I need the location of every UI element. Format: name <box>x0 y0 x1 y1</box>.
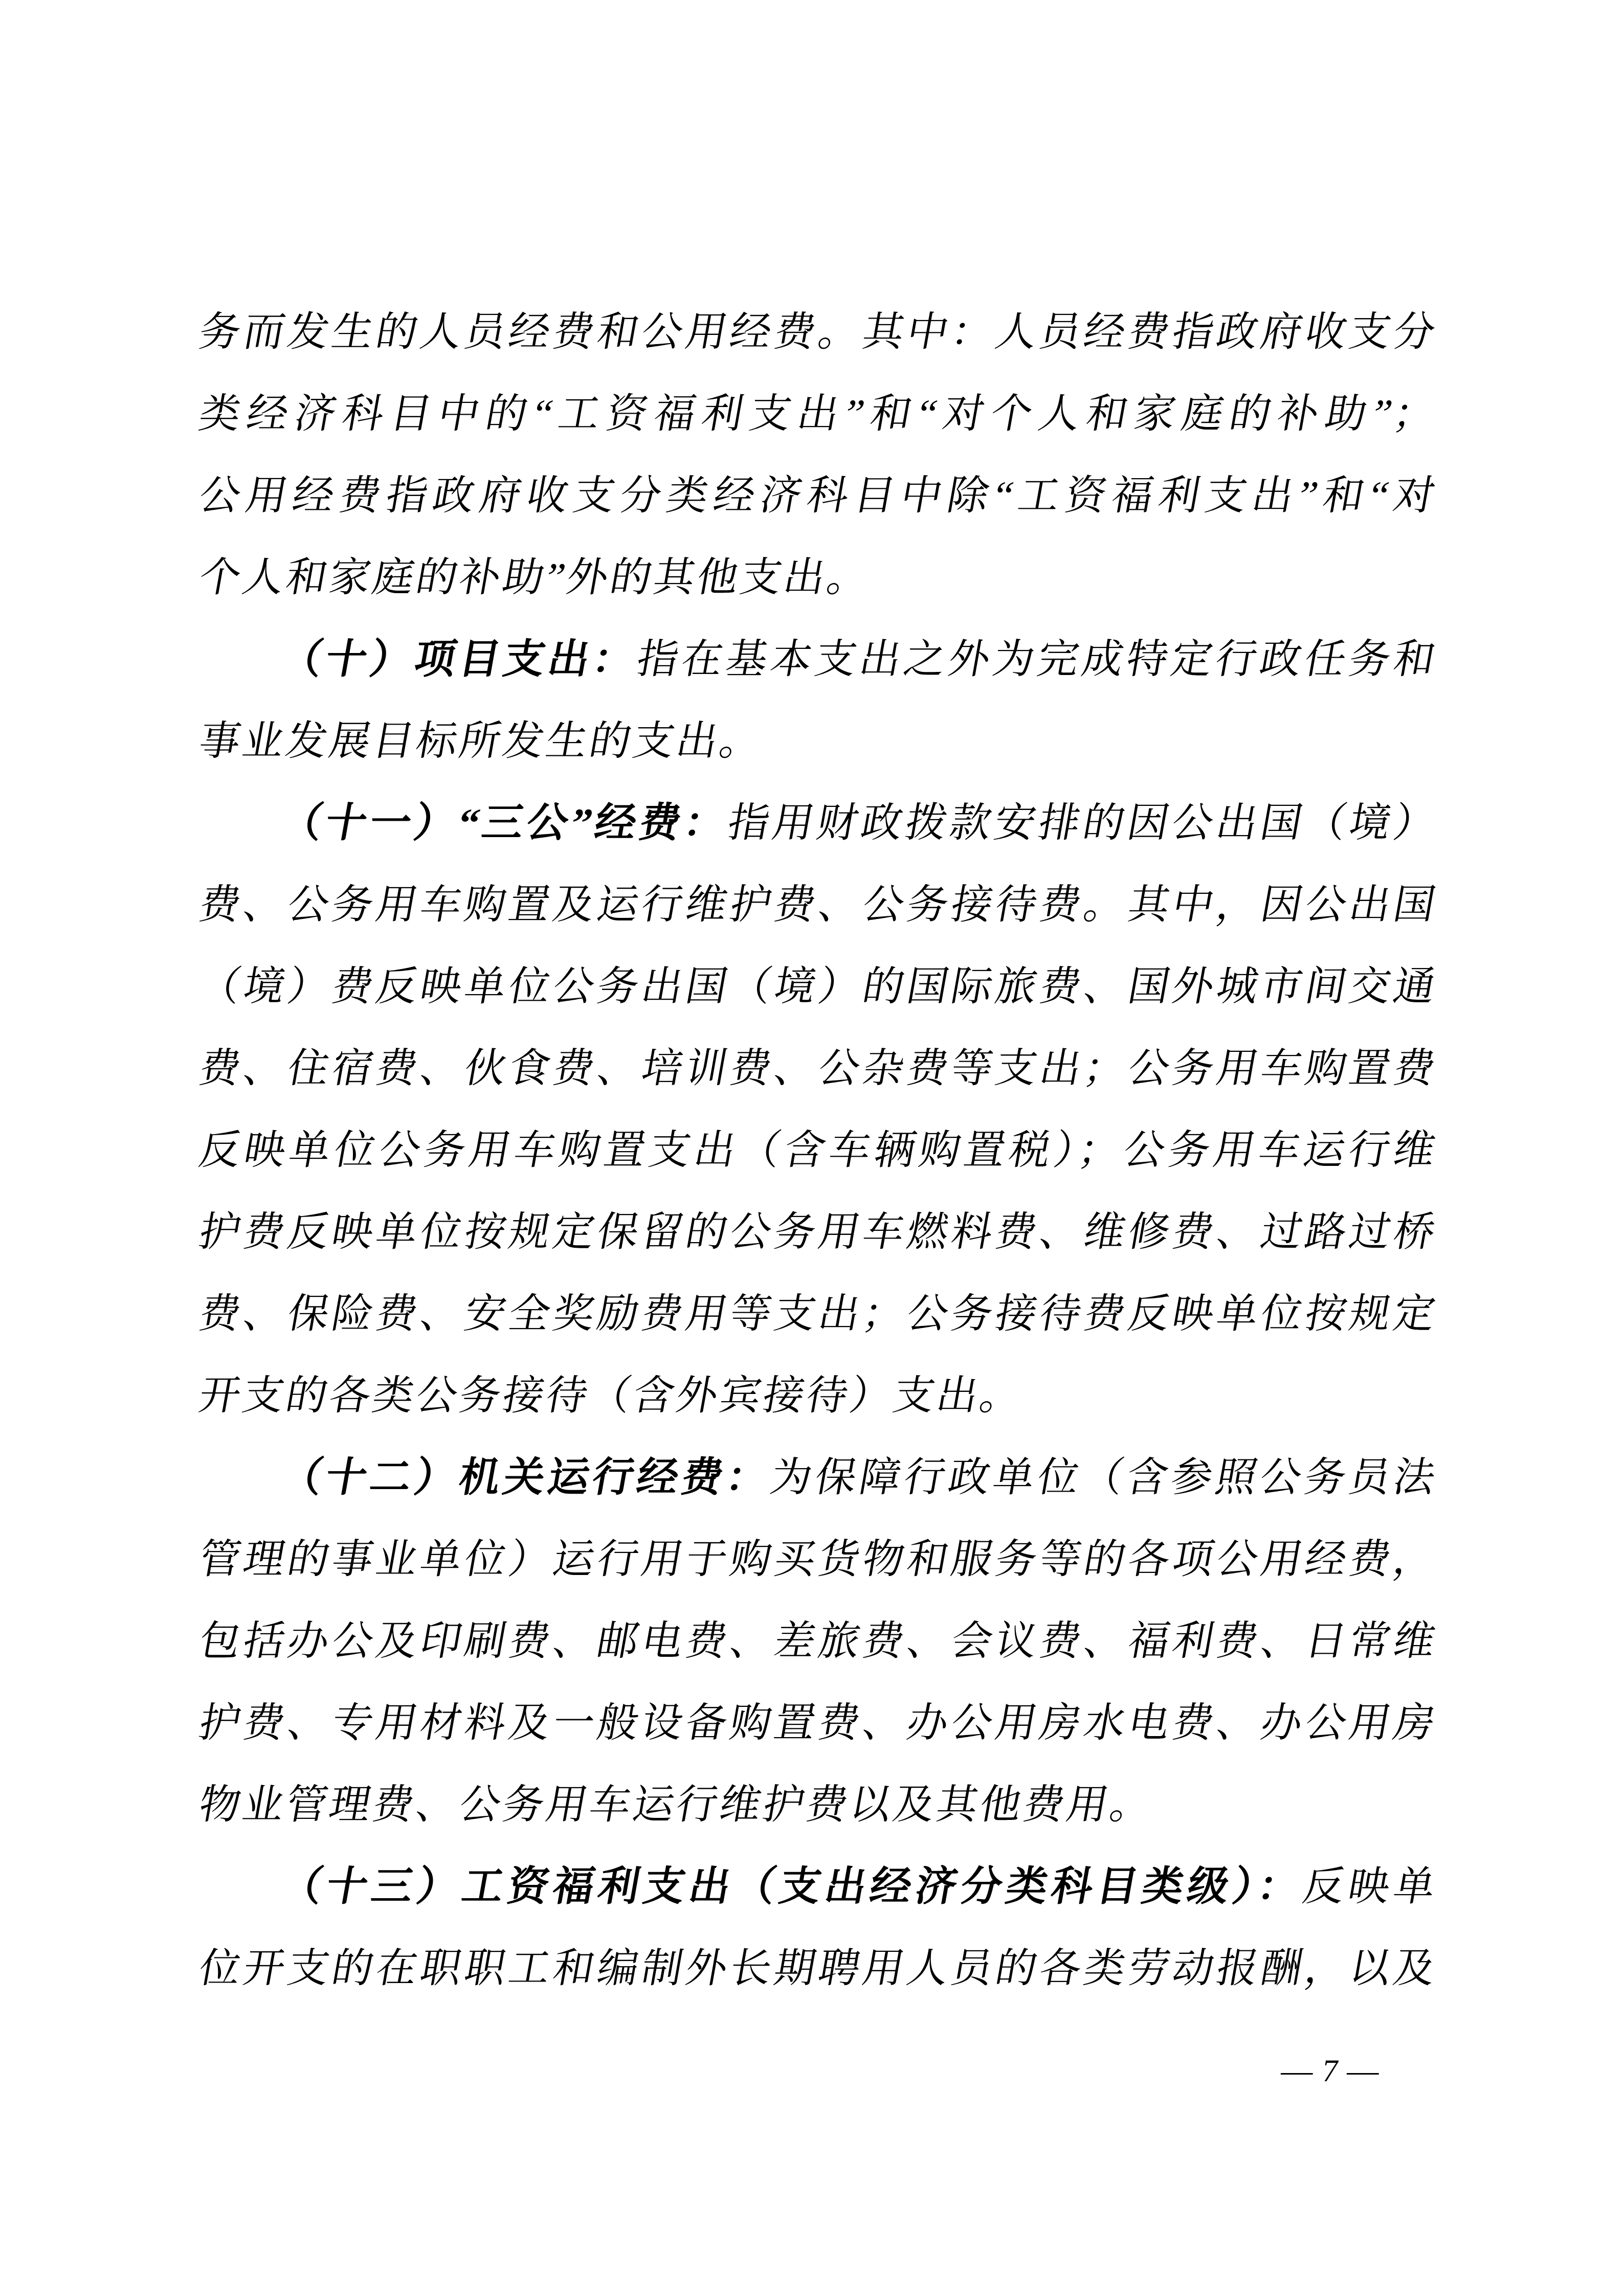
text-line: 物业管理费、公务用车运行维护费以及其他费用。 <box>192 1764 1444 1846</box>
text-line: 公用经费指政府收支分类经济科目中除“工资福利支出”和“对 <box>192 455 1444 537</box>
body-text: 费、住宿费、伙食费、培训费、公杂费等支出；公务用车购置费 <box>195 1046 1441 1091</box>
text-line: （十一）“三公”经费：指用财政拨款安排的因公出国（境） <box>192 782 1444 864</box>
text-line: 个人和家庭的补助”外的其他支出。 <box>192 537 1444 619</box>
text-line: 反映单位公务用车购置支出（含车辆购置税）；公务用车运行维 <box>192 1110 1444 1191</box>
body-text: 费、保险费、安全奖励费用等支出；公务接待费反映单位按规定 <box>195 1292 1441 1337</box>
body-text: 费、公务用车购置及运行维护费、公务接待费。其中，因公出国 <box>195 883 1441 928</box>
body-text: 类经济科目中的“工资福利支出”和“对个人和家庭的补助”； <box>195 392 1441 437</box>
body-text: 务而发生的人员经费和公用经费。其中：人员经费指政府收支分 <box>195 310 1441 355</box>
text-line: 务而发生的人员经费和公用经费。其中：人员经费指政府收支分 <box>192 291 1444 373</box>
term-heading: （十）项目支出： <box>277 637 641 682</box>
body-text: 护费反映单位按规定保留的公务用车燃料费、维修费、过路过桥 <box>195 1210 1441 1255</box>
text-line: 护费、专用材料及一般设备购置费、办公用房水电费、办公用房 <box>192 1682 1444 1764</box>
page-number: — 7 — <box>1278 2046 1383 2096</box>
body-text: （境）费反映单位公务出国（境）的国际旅费、国外城市间交通 <box>195 964 1441 1009</box>
text-line: 事业发展目标所发生的支出。 <box>192 701 1444 782</box>
text-line: 管理的事业单位）运行用于购买货物和服务等的各项公用经费， <box>192 1519 1444 1601</box>
body-text: 位开支的在职职工和编制外长期聘用人员的各类劳动报酬，以及 <box>195 1946 1441 1991</box>
body-text: 指用财政拨款安排的因公出国（境） <box>724 801 1441 846</box>
body-text: 包括办公及印刷费、邮电费、差旅费、会议费、福利费、日常维 <box>195 1619 1441 1664</box>
document-page: 务而发生的人员经费和公用经费。其中：人员经费指政府收支分类经济科目中的“工资福利… <box>0 0 1624 2296</box>
text-line: 费、公务用车购置及运行维护费、公务接待费。其中，因公出国 <box>192 864 1444 946</box>
term-heading: （十三）工资福利支出（支出经济分类科目类级）： <box>277 1864 1307 1909</box>
text-line: 开支的各类公务接待（含外宾接待）支出。 <box>192 1355 1444 1437</box>
body-text: 个人和家庭的补助”外的其他支出。 <box>195 555 875 600</box>
text-line: 位开支的在职职工和编制外长期聘用人员的各类劳动报酬，以及 <box>192 1928 1444 2010</box>
text-line: 费、住宿费、伙食费、培训费、公杂费等支出；公务用车购置费 <box>192 1028 1444 1110</box>
text-line: （十三）工资福利支出（支出经济分类科目类级）：反映单 <box>192 1846 1444 1928</box>
document-body: 务而发生的人员经费和公用经费。其中：人员经费指政府收支分类经济科目中的“工资福利… <box>199 291 1437 2010</box>
text-line: （十二）机关运行经费：为保障行政单位（含参照公务员法 <box>192 1437 1444 1519</box>
text-line: 包括办公及印刷费、邮电费、差旅费、会议费、福利费、日常维 <box>192 1601 1444 1682</box>
text-line: 护费反映单位按规定保留的公务用车燃料费、维修费、过路过桥 <box>192 1191 1444 1273</box>
body-text: 管理的事业单位）运行用于购买货物和服务等的各项公用经费， <box>195 1537 1441 1582</box>
body-text: 事业发展目标所发生的支出。 <box>195 719 767 764</box>
body-text: 护费、专用材料及一般设备购置费、办公用房水电费、办公用房 <box>195 1701 1441 1746</box>
text-line: 费、保险费、安全奖励费用等支出；公务接待费反映单位按规定 <box>192 1273 1444 1355</box>
term-heading: （十二）机关运行经费： <box>277 1455 775 1500</box>
body-text: 指在基本支出之外为完成特定行政任务和 <box>633 637 1441 682</box>
term-heading: （十一）“三公”经费： <box>277 801 732 846</box>
text-line: （境）费反映单位公务出国（境）的国际旅费、国外城市间交通 <box>192 946 1444 1028</box>
body-text: 开支的各类公务接待（含外宾接待）支出。 <box>195 1374 1028 1419</box>
body-text: 反映单 <box>1299 1864 1441 1909</box>
body-text: 反映单位公务用车购置支出（含车辆购置税）；公务用车运行维 <box>195 1128 1441 1173</box>
text-line: 类经济科目中的“工资福利支出”和“对个人和家庭的补助”； <box>192 373 1444 455</box>
body-text: 为保障行政单位（含参照公务员法 <box>767 1455 1441 1500</box>
body-text: 物业管理费、公务用车运行维护费以及其他费用。 <box>195 1783 1158 1828</box>
body-text: 公用经费指政府收支分类经济科目中除“工资福利支出”和“对 <box>195 474 1441 519</box>
text-line: （十）项目支出：指在基本支出之外为完成特定行政任务和 <box>192 619 1444 701</box>
